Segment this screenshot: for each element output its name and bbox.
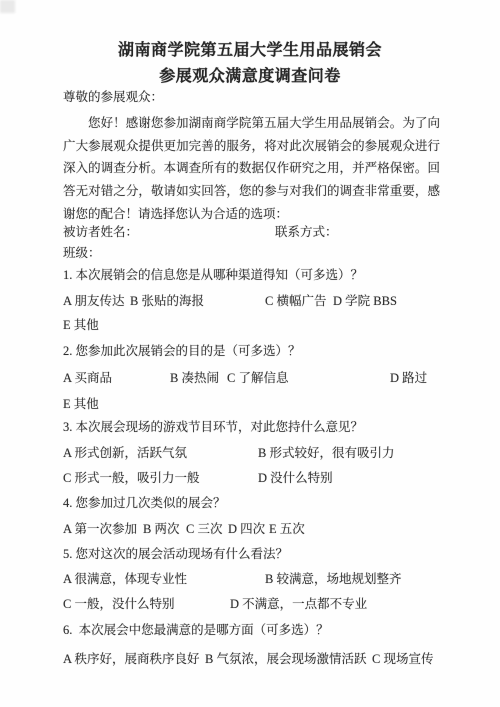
question-1-title: 1. 本次展销会的信息您是从哪种渠道得知（可多选）？ xyxy=(63,268,363,282)
question-6-option-a: A 秩序好，展商秩序良好 xyxy=(63,652,199,666)
question-5-option-b: B 较满意，场地规划整齐 xyxy=(265,572,401,586)
contact-label: 联系方式： xyxy=(275,225,338,239)
question-5-option-d: D 不满意，一点都不专业 xyxy=(230,597,367,611)
question-2-option-a: A 买商品 xyxy=(63,371,112,385)
intro-paragraph: 您好！感谢您参加湖南商学院第五届大学生用品展销会。为了向广大参展观众提供更加完善… xyxy=(63,112,440,226)
scan-corner-artifact xyxy=(0,0,15,13)
question-4-option-d: D 四次 xyxy=(228,522,265,536)
question-4-option-a: A 第一次参加 xyxy=(63,522,137,536)
question-1-option-c: C 横幅广告 xyxy=(265,294,326,308)
doc-title-line2: 参展观众满意度调查问卷 xyxy=(0,63,500,86)
question-1-option-d: D 学院 BBS xyxy=(333,294,397,308)
question-2-option-b: B 凑热闹 xyxy=(170,371,219,385)
question-3-option-b: B 形式较好，很有吸引力 xyxy=(258,446,394,460)
question-3-title: 3. 本次展会现场的游戏节目环节，对此您持什么意见？ xyxy=(63,420,363,434)
question-5-option-c: C 一般，没什么特别 xyxy=(63,597,174,611)
question-2-title: 2. 您参加此次展销会的目的是（可多选）？ xyxy=(63,344,301,358)
doc-title-line1: 湖南商学院第五届大学生用品展销会 xyxy=(0,37,500,60)
question-1-option-b: B 张贴的海报 xyxy=(130,294,204,308)
question-6-title: 6. 本次展会中您最满意的是哪方面（可多选）？ xyxy=(63,623,329,637)
question-3-option-c: C 形式一般，吸引力一般 xyxy=(63,471,199,485)
question-2-option-c: C 了解信息 xyxy=(227,371,288,385)
question-3-option-d: D 没什么特别 xyxy=(258,471,333,485)
question-4-title: 4. 您参加过几次类似的展会？ xyxy=(63,496,226,510)
question-2-option-e: E 其他 xyxy=(63,397,99,411)
question-4-option-e: E 五次 xyxy=(269,522,305,536)
question-5-title: 5. 您对这次的展会活动现场有什么看法？ xyxy=(63,547,288,561)
question-3-option-a: A 形式创新，活跃气氛 xyxy=(63,446,187,460)
question-2-option-d: D 路过 xyxy=(390,371,427,385)
salutation: 尊敬的参展观众： xyxy=(63,90,163,104)
question-4-option-c: C 三次 xyxy=(186,522,222,536)
class-label: 班级： xyxy=(63,246,101,260)
question-1-option-a: A 朋友传达 xyxy=(63,294,124,308)
question-5-option-a: A 很满意，体现专业性 xyxy=(63,572,187,586)
respondent-name-label: 被访者姓名： xyxy=(63,225,138,239)
question-6-option-b: B 气氛浓，展会现场激情活跃 xyxy=(205,652,366,666)
questionnaire-page: 湖南商学院第五届大学生用品展销会 参展观众满意度调查问卷 尊敬的参展观众： 您好… xyxy=(0,0,500,707)
question-4-option-b: B 两次 xyxy=(143,522,179,536)
question-1-option-e: E 其他 xyxy=(63,318,99,332)
question-6-option-c: C 现场宣传 xyxy=(372,652,433,666)
